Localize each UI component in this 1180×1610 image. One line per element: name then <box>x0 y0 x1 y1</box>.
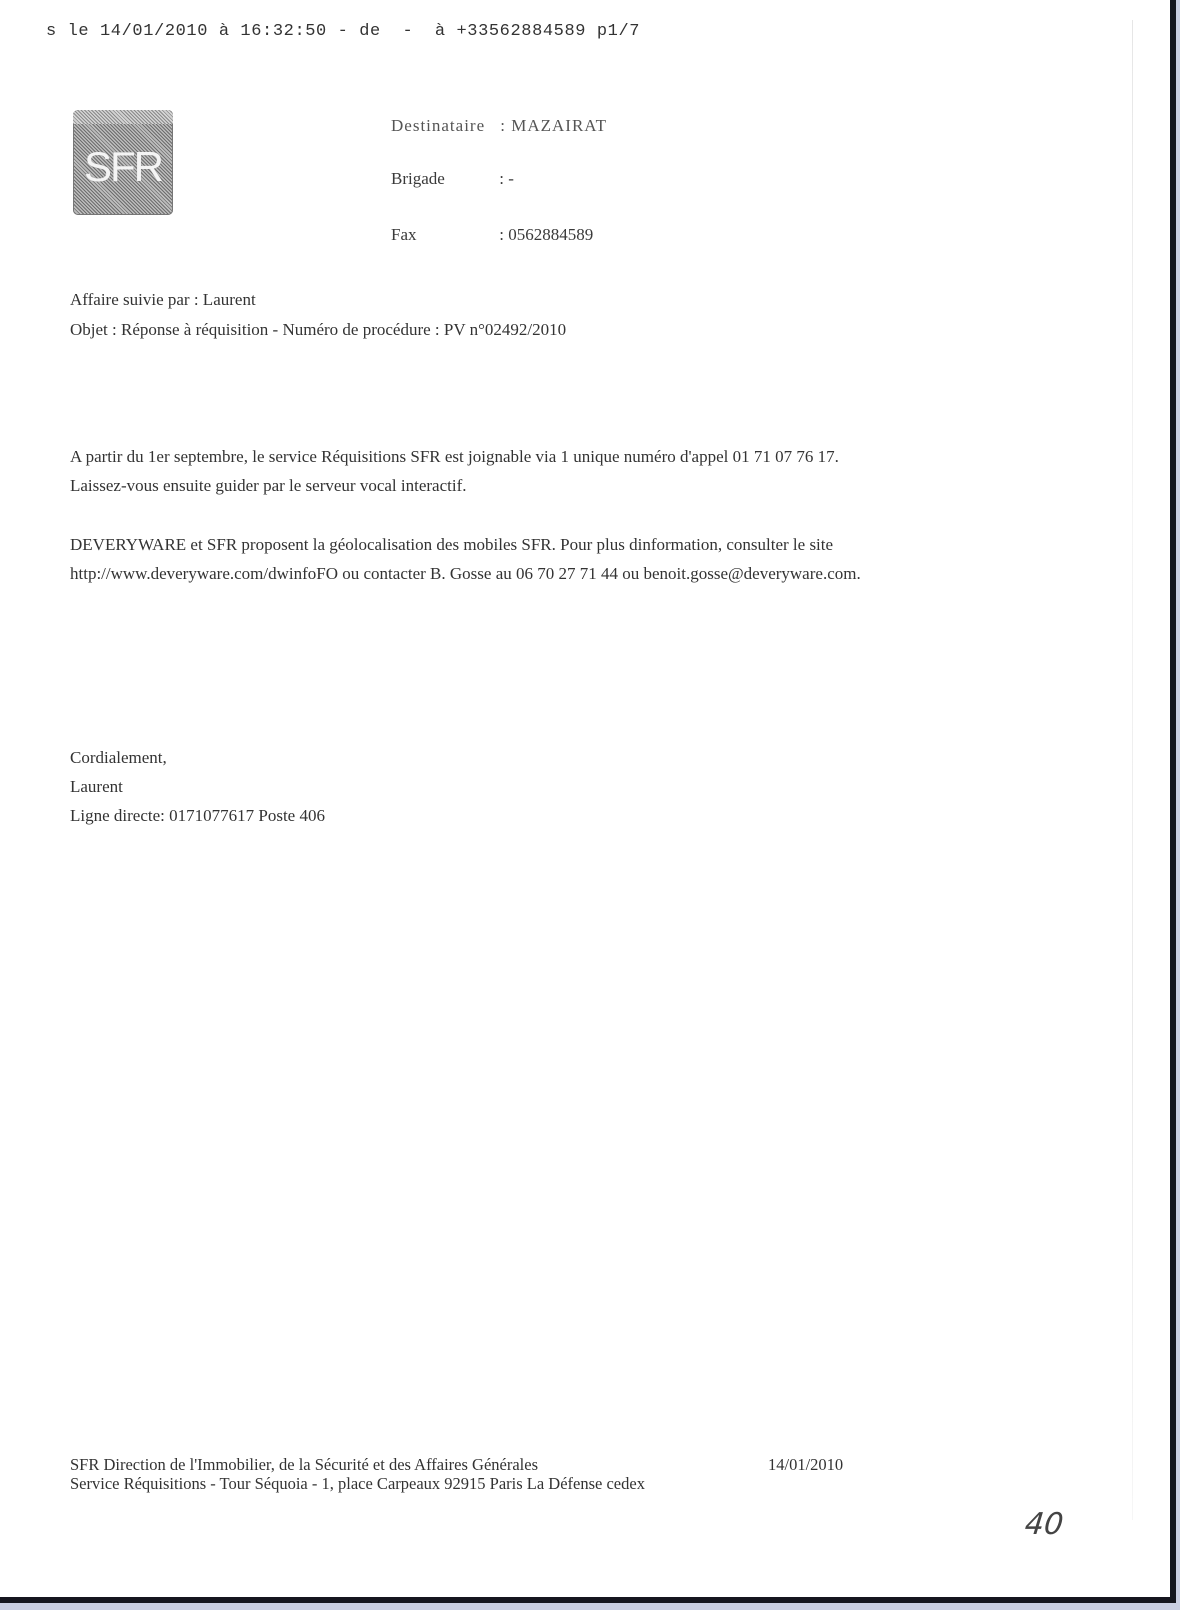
footer-line-2: Service Réquisitions - Tour Séquoia - 1,… <box>70 1474 645 1494</box>
recipient-destinataire: Destinataire : MAZAIRAT <box>391 116 607 132</box>
body-paragraph-2-line-2: http://www.deveryware.com/dwinfoFO ou co… <box>70 564 861 584</box>
body-paragraph-1-line-2: Laissez-vous ensuite guider par le serve… <box>70 476 467 496</box>
sfr-logo-icon: SFR <box>73 110 173 215</box>
fax-value: : 0562884589 <box>499 225 593 245</box>
destinataire-value: : MAZAIRAT <box>500 116 607 132</box>
fax-label: Fax <box>391 225 495 245</box>
signature-name: Laurent <box>70 777 123 797</box>
scan-artifact-line <box>1132 20 1133 1520</box>
destinataire-label: Destinataire <box>391 116 495 132</box>
logo-text: SFR <box>84 143 162 191</box>
body-paragraph-1-line-1: A partir du 1er septembre, le service Ré… <box>70 447 839 467</box>
handwritten-page-number: 40 <box>1023 1507 1065 1542</box>
recipient-fax: Fax : 0562884589 <box>391 225 593 245</box>
body-paragraph-2-line-1: DEVERYWARE et SFR proposent la géolocali… <box>70 535 833 555</box>
fax-page: s le 14/01/2010 à 16:32:50 - de - à +335… <box>0 0 1170 1597</box>
footer-date: 14/01/2010 <box>768 1455 843 1475</box>
signature-closing: Cordialement, <box>70 748 167 768</box>
fax-transmission-header: s le 14/01/2010 à 16:32:50 - de - à +335… <box>46 22 640 41</box>
brigade-value: : - <box>499 169 514 189</box>
recipient-brigade: Brigade : - <box>391 169 514 189</box>
brigade-label: Brigade <box>391 169 495 189</box>
logo-top-band <box>73 110 173 124</box>
footer-line-1: SFR Direction de l'Immobilier, de la Séc… <box>70 1455 538 1475</box>
followed-by: Affaire suivie par : Laurent <box>70 290 256 310</box>
signature-direct-line: Ligne directe: 0171077617 Poste 406 <box>70 806 325 826</box>
subject-object: Objet : Réponse à réquisition - Numéro d… <box>70 320 566 340</box>
